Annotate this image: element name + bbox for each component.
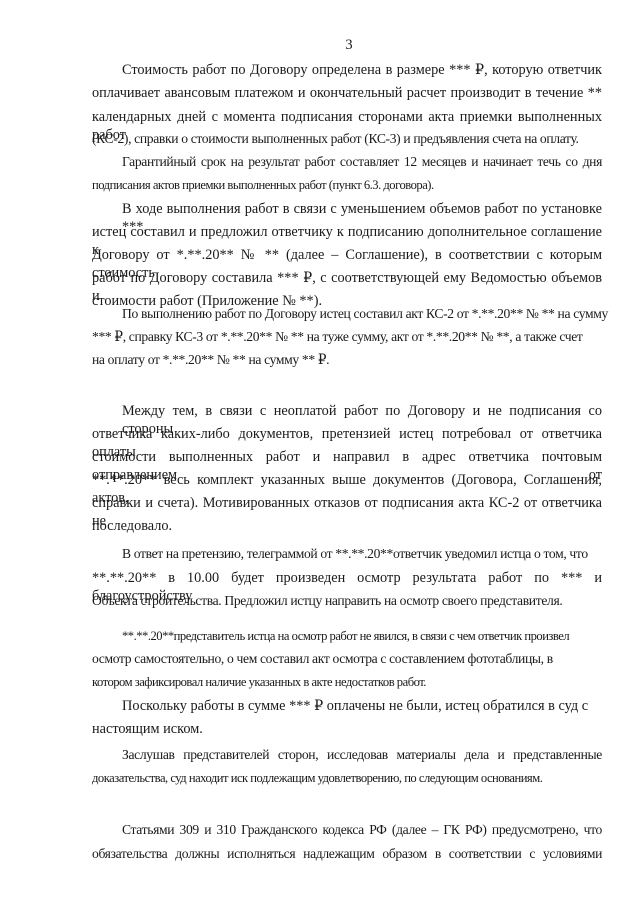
text-line: доказательства, суд находит иск подлежащ… xyxy=(92,769,602,787)
text-line: Поскольку работы в сумме *** ₽ оплачены … xyxy=(122,697,602,715)
text-line: на оплату от *.**.20** № ** на сумму ** … xyxy=(92,351,602,369)
text-line: Статьями 309 и 310 Гражданского кодекса … xyxy=(122,821,602,839)
text-line: осмотр самостоятельно, о чем составил ак… xyxy=(92,650,602,668)
text-line: подписания актов приемки выполненных раб… xyxy=(92,176,602,194)
text-line: (КС-2), справки о стоимости выполненных … xyxy=(92,130,602,148)
document-page: 3 Стоимость работ по Договору определена… xyxy=(0,0,636,900)
text-line: последовало. xyxy=(92,517,602,535)
page-number: 3 xyxy=(31,37,636,54)
text-line: Гарантийный срок на результат работ сост… xyxy=(122,153,602,171)
text-line: Заслушав представителей сторон, исследов… xyxy=(122,746,602,764)
text-line: **.**.20**представитель истца на осмотр … xyxy=(122,627,602,645)
text-line: обязательства должны исполняться надлежа… xyxy=(92,845,602,863)
text-line: В ответ на претензию, телеграммой от **.… xyxy=(122,545,602,563)
text-line: настоящим иском. xyxy=(92,720,602,738)
text-line: По выполнению работ по Договору истец со… xyxy=(122,305,602,323)
text-line: Объекта строительства. Предложил истцу н… xyxy=(92,592,602,610)
text-line: Стоимость работ по Договору определена в… xyxy=(122,61,602,79)
text-line: котором зафиксировал наличие указанных в… xyxy=(92,673,602,691)
text-line: оплачивает авансовым платежом и окончате… xyxy=(92,84,602,102)
text-line: *** ₽, справку КС-3 от *.**.20** № ** на… xyxy=(92,328,602,346)
